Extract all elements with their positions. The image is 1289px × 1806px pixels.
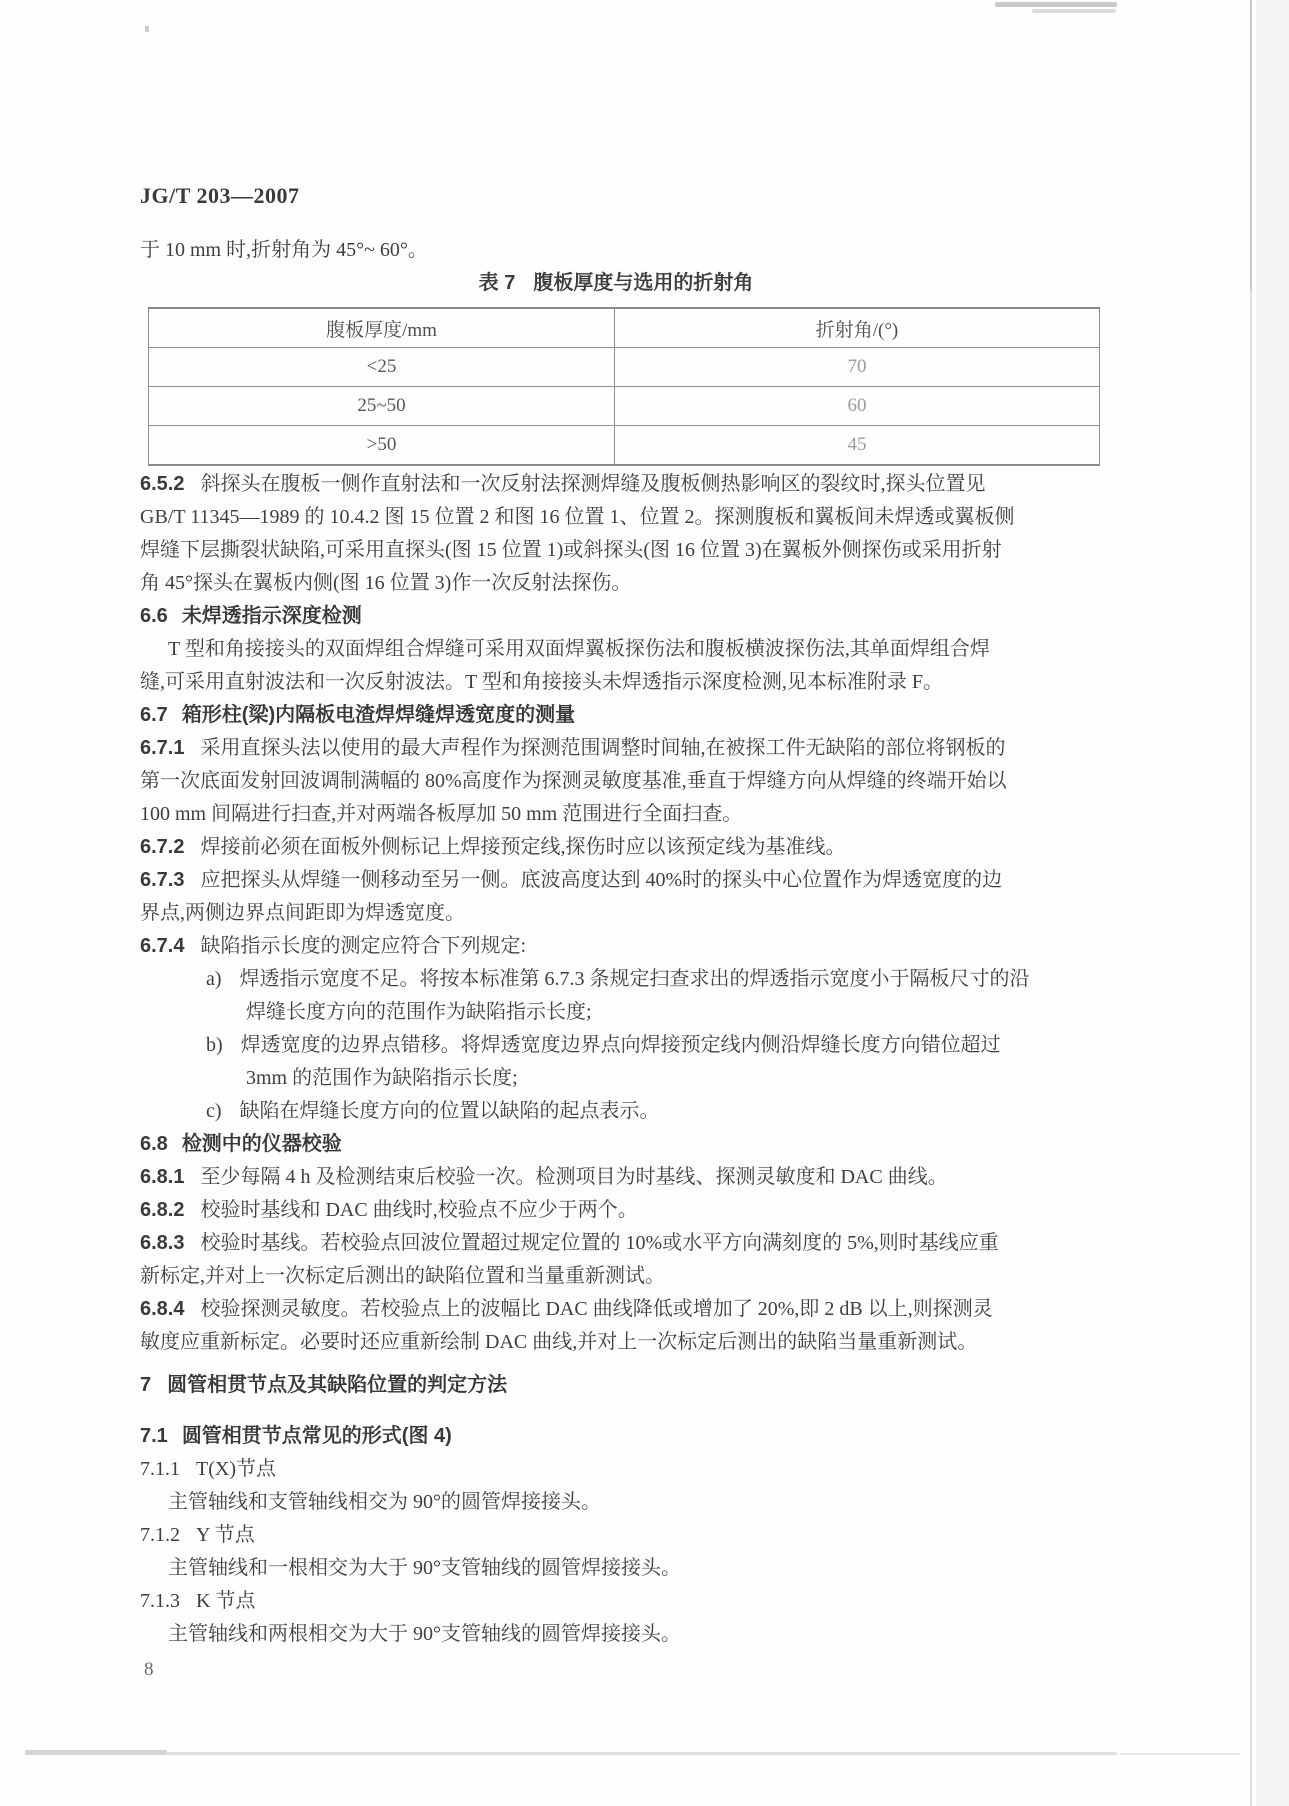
cell-angle: 60 bbox=[614, 387, 1099, 426]
cell-thickness: <25 bbox=[149, 348, 615, 387]
line-text: Y 节点 bbox=[196, 1524, 255, 1546]
line-text: 校验时基线。若校验点回波位置超过规定位置的 10%或水平方向满刻度的 5%,则时… bbox=[200, 1232, 998, 1254]
clause-number: 6.8.1 bbox=[140, 1166, 184, 1188]
body-text: 6.5.2斜探头在腹板一侧作直射法和一次反射法探测焊缝及腹板侧热影响区的裂纹时,… bbox=[140, 468, 1092, 1651]
line-text: 未焊透指示深度检测 bbox=[182, 605, 362, 627]
clause-line-673: 6.7.3应把探头从焊缝一侧移动至另一侧。底波高度达到 40%时的探头中心位置作… bbox=[140, 864, 1092, 897]
line-text: 主管轴线和一根相交为大于 90°支管轴线的圆管焊接接头。 bbox=[168, 1557, 681, 1579]
text-line: 焊缝下层撕裂状缺陷,可采用直探头(图 15 位置 1)或斜探头(图 16 位置 … bbox=[140, 534, 1092, 567]
clause-number: 7.1.1 bbox=[140, 1458, 180, 1480]
line-text: 主管轴线和支管轴线相交为 90°的圆管焊接接头。 bbox=[168, 1491, 601, 1513]
line-text: 校验探测灵敏度。若校验点上的波幅比 DAC 曲线降低或增加了 20%,即 2 d… bbox=[200, 1298, 992, 1320]
clause-line-7: 7圆管相贯节点及其缺陷位置的判定方法 bbox=[140, 1369, 1092, 1402]
page-content: JG/T 203—2007 于 10 mm 时,折射角为 45°~ 60°。 表… bbox=[140, 184, 1092, 1681]
clause-line-b: b)焊透宽度的边界点错移。将焊透宽度边界点向焊接预定线内侧沿焊缝长度方向错位超过 bbox=[140, 1029, 1092, 1062]
cell-angle: 70 bbox=[614, 348, 1099, 387]
line-text: 焊透指示宽度不足。将按本标准第 6.7.3 条规定扫查求出的焊透指示宽度小于隔板… bbox=[240, 968, 1030, 990]
clause-line-712: 7.1.2Y 节点 bbox=[140, 1519, 1092, 1552]
scan-streak-bottom bbox=[167, 1752, 1117, 1755]
column-header-thickness: 腹板厚度/mm bbox=[149, 308, 615, 348]
clause-number: 6.7.4 bbox=[140, 935, 184, 957]
line-text: 圆管相贯节点及其缺陷位置的判定方法 bbox=[167, 1374, 507, 1396]
clause-line-713: 7.1.3K 节点 bbox=[140, 1585, 1092, 1618]
text-line: 角 45°探头在翼板内侧(图 16 位置 3)作一次反射法探伤。 bbox=[140, 567, 1092, 600]
clause-line-71: 7.1圆管相贯节点常见的形式(图 4) bbox=[140, 1420, 1092, 1453]
line-text: 角 45°探头在翼板内侧(图 16 位置 3)作一次反射法探伤。 bbox=[140, 572, 631, 594]
line-text: 至少每隔 4 h 及检测结束后校验一次。检测项目为时基线、探测灵敏度和 DAC … bbox=[200, 1166, 947, 1188]
line-text: T(X)节点 bbox=[196, 1458, 276, 1480]
clause-line-652: 6.5.2斜探头在腹板一侧作直射法和一次反射法探测焊缝及腹板侧热影响区的裂纹时,… bbox=[140, 468, 1092, 501]
cell-angle: 45 bbox=[614, 426, 1099, 466]
line-text: 3mm 的范围作为缺陷指示长度; bbox=[246, 1067, 518, 1089]
line-text: T 型和角接接头的双面焊组合焊缝可采用双面焊翼板探伤法和腹板横波探伤法,其单面焊… bbox=[168, 638, 990, 660]
table-row: >50 45 bbox=[149, 426, 1100, 466]
line-text: 焊缝下层撕裂状缺陷,可采用直探头(图 15 位置 1)或斜探头(图 16 位置 … bbox=[140, 539, 1002, 561]
page-number: 8 bbox=[140, 1659, 1092, 1681]
line-text: 新标定,并对上一次标定后测出的缺陷位置和当量重新测试。 bbox=[140, 1265, 665, 1287]
text-line: GB/T 11345—1989 的 10.4.2 图 15 位置 2 和图 16… bbox=[140, 501, 1092, 534]
line-text: 缝,可采用直射波法和一次反射波法。T 型和角接接头未焊透指示深度检测,见本标准附… bbox=[140, 671, 943, 693]
clause-number: 6.8.2 bbox=[140, 1199, 184, 1221]
clause-number: 6.8 bbox=[140, 1133, 168, 1155]
text-line: 主管轴线和支管轴线相交为 90°的圆管焊接接头。 bbox=[140, 1486, 1092, 1519]
line-text: 主管轴线和两根相交为大于 90°支管轴线的圆管焊接接头。 bbox=[168, 1623, 681, 1645]
clause-number: 7.1.3 bbox=[140, 1590, 180, 1612]
line-text: 检测中的仪器校验 bbox=[182, 1133, 342, 1155]
clause-number: 6.8.4 bbox=[140, 1298, 184, 1320]
document-page: JG/T 203—2007 于 10 mm 时,折射角为 45°~ 60°。 表… bbox=[0, 0, 1289, 1806]
cell-thickness: 25~50 bbox=[149, 387, 615, 426]
clause-line-681: 6.8.1至少每隔 4 h 及检测结束后校验一次。检测项目为时基线、探测灵敏度和… bbox=[140, 1161, 1092, 1194]
clause-line-711: 7.1.1T(X)节点 bbox=[140, 1453, 1092, 1486]
scan-edge-band bbox=[1256, 0, 1289, 1806]
line-text: 校验时基线和 DAC 曲线时,校验点不应少于两个。 bbox=[200, 1199, 637, 1221]
clause-number: 6.7.2 bbox=[140, 836, 184, 858]
refraction-angle-table: 腹板厚度/mm 折射角/(°) <25 70 25~50 60 >50 45 bbox=[148, 307, 1100, 466]
line-text: 应把探头从焊缝一侧移动至另一侧。底波高度达到 40%时的探头中心位置作为焊透宽度… bbox=[200, 869, 1002, 891]
line-text: 第一次底面发射回波调制满幅的 80%高度作为探测灵敏度基准,垂直于焊缝方向从焊缝… bbox=[140, 770, 1007, 792]
text-line: 第一次底面发射回波调制满幅的 80%高度作为探测灵敏度基准,垂直于焊缝方向从焊缝… bbox=[140, 765, 1092, 798]
scan-edge-line bbox=[1250, 0, 1252, 1806]
clause-number: c) bbox=[206, 1100, 222, 1122]
line-text: 100 mm 间隔进行扫查,并对两端各板厚加 50 mm 范围进行全面扫查。 bbox=[140, 803, 742, 825]
text-line: 主管轴线和一根相交为大于 90°支管轴线的圆管焊接接头。 bbox=[140, 1552, 1092, 1585]
scan-streak-bottom-left bbox=[25, 1750, 167, 1755]
clause-line-68: 6.8检测中的仪器校验 bbox=[140, 1128, 1092, 1161]
clause-number: a) bbox=[206, 968, 222, 990]
table-row: <25 70 bbox=[149, 348, 1100, 387]
clause-number: b) bbox=[206, 1034, 223, 1056]
clause-line-684: 6.8.4校验探测灵敏度。若校验点上的波幅比 DAC 曲线降低或增加了 20%,… bbox=[140, 1293, 1092, 1326]
line-text: 斜探头在腹板一侧作直射法和一次反射法探测焊缝及腹板侧热影响区的裂纹时,探头位置见 bbox=[200, 473, 985, 495]
line-text: 缺陷在焊缝长度方向的位置以缺陷的起点表示。 bbox=[240, 1100, 660, 1122]
clause-line-c: c)缺陷在焊缝长度方向的位置以缺陷的起点表示。 bbox=[140, 1095, 1092, 1128]
clause-number: 6.8.3 bbox=[140, 1232, 184, 1254]
scan-smudge-top bbox=[995, 2, 1117, 7]
standard-number: JG/T 203—2007 bbox=[140, 184, 1092, 208]
text-line: 3mm 的范围作为缺陷指示长度; bbox=[140, 1062, 1092, 1095]
column-header-angle: 折射角/(°) bbox=[614, 308, 1099, 348]
clause-number: 7.1 bbox=[140, 1425, 168, 1447]
clause-line-a: a)焊透指示宽度不足。将按本标准第 6.7.3 条规定扫查求出的焊透指示宽度小于… bbox=[140, 963, 1092, 996]
clause-number: 7 bbox=[140, 1374, 151, 1396]
text-line: 主管轴线和两根相交为大于 90°支管轴线的圆管焊接接头。 bbox=[140, 1618, 1092, 1651]
text-line: 焊缝长度方向的范围作为缺陷指示长度; bbox=[140, 996, 1092, 1029]
text-line: 100 mm 间隔进行扫查,并对两端各板厚加 50 mm 范围进行全面扫查。 bbox=[140, 798, 1092, 831]
scan-streak-bottom-right bbox=[1120, 1753, 1240, 1755]
line-text: K 节点 bbox=[196, 1590, 255, 1612]
text-line: 缝,可采用直射波法和一次反射波法。T 型和角接接头未焊透指示深度检测,见本标准附… bbox=[140, 666, 1092, 699]
cell-thickness: >50 bbox=[149, 426, 615, 466]
scan-speck bbox=[145, 26, 149, 32]
line-text: 箱形柱(梁)内隔板电渣焊焊缝焊透宽度的测量 bbox=[182, 704, 575, 726]
table-header-row: 腹板厚度/mm 折射角/(°) bbox=[149, 308, 1100, 348]
clause-line-682: 6.8.2校验时基线和 DAC 曲线时,校验点不应少于两个。 bbox=[140, 1194, 1092, 1227]
line-text: 采用直探头法以使用的最大声程作为探测范围调整时间轴,在被探工件无缺陷的部位将钢板… bbox=[200, 737, 1005, 759]
table-caption-label: 表 7 bbox=[479, 272, 516, 294]
scan-smudge-top2 bbox=[1032, 9, 1116, 13]
line-text: 焊接前必须在面板外侧标记上焊接预定线,探伤时应以该预定线为基准线。 bbox=[200, 836, 845, 858]
clause-number: 6.5.2 bbox=[140, 473, 184, 495]
line-text: 焊缝长度方向的范围作为缺陷指示长度; bbox=[246, 1001, 592, 1023]
line-text: 敏度应重新标定。必要时还应重新绘制 DAC 曲线,并对上一次标定后测出的缺陷当量… bbox=[140, 1331, 977, 1353]
line-text: GB/T 11345—1989 的 10.4.2 图 15 位置 2 和图 16… bbox=[140, 506, 1014, 528]
text-line: 新标定,并对上一次标定后测出的缺陷位置和当量重新测试。 bbox=[140, 1260, 1092, 1293]
clause-number: 7.1.2 bbox=[140, 1524, 180, 1546]
table-caption-title: 腹板厚度与选用的折射角 bbox=[533, 272, 753, 294]
table-row: 25~50 60 bbox=[149, 387, 1100, 426]
clause-line-674: 6.7.4缺陷指示长度的测定应符合下列规定: bbox=[140, 930, 1092, 963]
clause-number: 6.7 bbox=[140, 704, 168, 726]
text-line: 敏度应重新标定。必要时还应重新绘制 DAC 曲线,并对上一次标定后测出的缺陷当量… bbox=[140, 1326, 1092, 1359]
table-caption: 表 7腹板厚度与选用的折射角 bbox=[140, 267, 1092, 300]
clause-number: 6.7.3 bbox=[140, 869, 184, 891]
clause-number: 6.7.1 bbox=[140, 737, 184, 759]
text-line: T 型和角接接头的双面焊组合焊缝可采用双面焊翼板探伤法和腹板横波探伤法,其单面焊… bbox=[140, 633, 1092, 666]
line-text: 圆管相贯节点常见的形式(图 4) bbox=[182, 1425, 452, 1447]
line-text: 缺陷指示长度的测定应符合下列规定: bbox=[200, 935, 526, 957]
clause-line-683: 6.8.3校验时基线。若校验点回波位置超过规定位置的 10%或水平方向满刻度的 … bbox=[140, 1227, 1092, 1260]
scan-edge-line-top bbox=[1250, 0, 1252, 290]
clause-line-672: 6.7.2焊接前必须在面板外侧标记上焊接预定线,探伤时应以该预定线为基准线。 bbox=[140, 831, 1092, 864]
clause-line-66: 6.6未焊透指示深度检测 bbox=[140, 600, 1092, 633]
intro-line: 于 10 mm 时,折射角为 45°~ 60°。 bbox=[140, 234, 1092, 267]
line-text: 焊透宽度的边界点错移。将焊透宽度边界点向焊接预定线内侧沿焊缝长度方向错位超过 bbox=[241, 1034, 1001, 1056]
clause-number: 6.6 bbox=[140, 605, 168, 627]
text-line: 界点,两侧边界点间距即为焊透宽度。 bbox=[140, 897, 1092, 930]
clause-line-671: 6.7.1采用直探头法以使用的最大声程作为探测范围调整时间轴,在被探工件无缺陷的… bbox=[140, 732, 1092, 765]
clause-line-67: 6.7箱形柱(梁)内隔板电渣焊焊缝焊透宽度的测量 bbox=[140, 699, 1092, 732]
line-text: 界点,两侧边界点间距即为焊透宽度。 bbox=[140, 902, 465, 924]
